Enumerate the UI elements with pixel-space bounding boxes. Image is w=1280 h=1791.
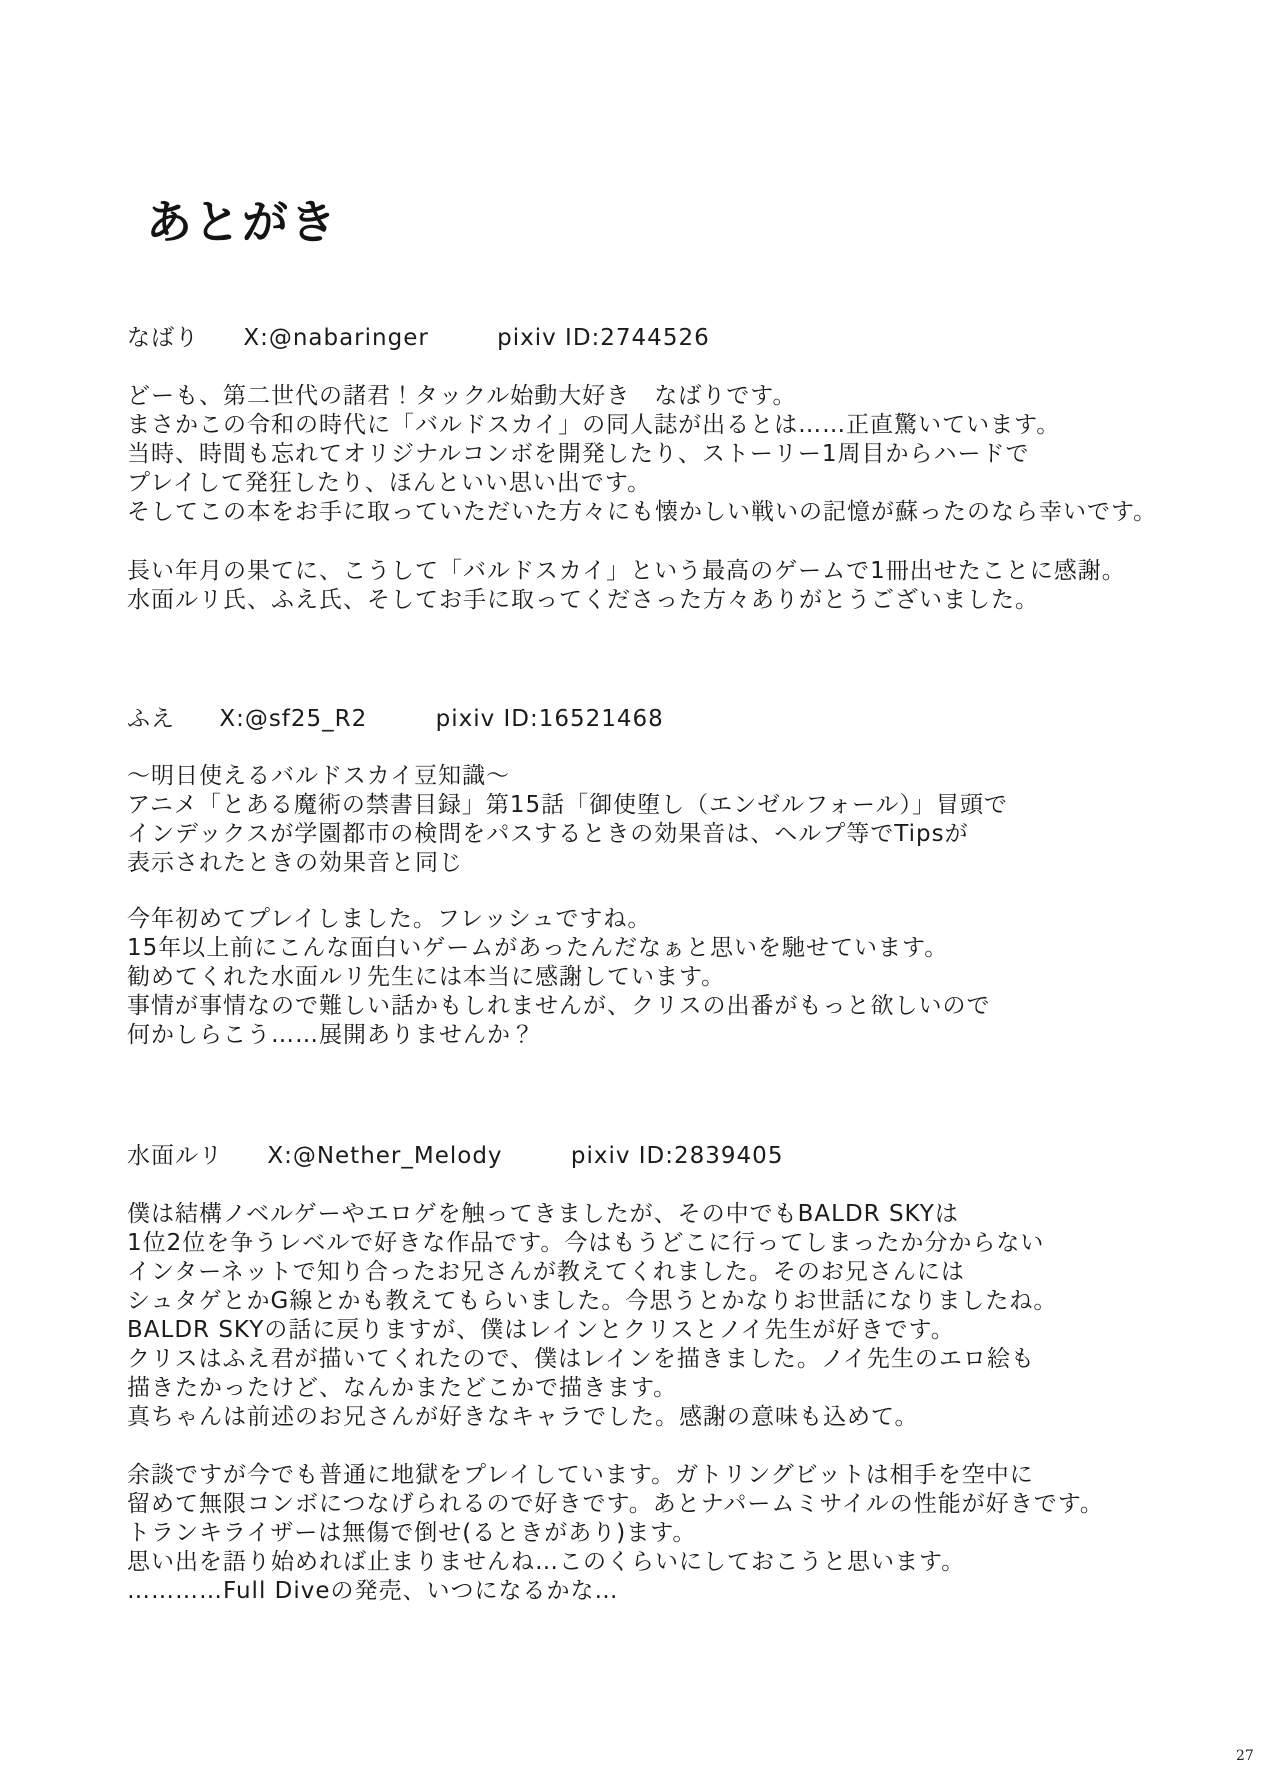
- text-line: そしてこの本をお手に取っていただいた方々にも懐かしい戦いの記憶が蘇ったのなら幸い…: [127, 498, 1157, 527]
- x-handle: X:@sf25_R2: [219, 706, 367, 732]
- pixiv-id: pixiv ID:2839405: [571, 1143, 784, 1169]
- text-line: 15年以上前にこんな面白いゲームがあったんだなぁと思いを馳せています。: [127, 934, 991, 963]
- text-line: どーも、第二世代の諸君！タックル始動大好き なばりです。: [127, 382, 1157, 411]
- author-credit-minamo-ruri: 水面ルリ X:@Nether_Melody pixiv ID:2839405: [127, 1142, 783, 1171]
- author-name: なばり: [127, 325, 199, 351]
- text-line: 勧めてくれた水面ルリ先生には本当に感謝しています。: [127, 963, 991, 992]
- text-line: 事情が事情なので難しい話かもしれませんが、クリスの出番がもっと欲しいので: [127, 992, 991, 1021]
- paragraph-minamo-2: 余談ですが今でも普通に地獄をプレイしています。ガトリングビットは相手を空中に留め…: [127, 1461, 1104, 1606]
- text-line: 水面ルリ氏、ふえ氏、そしてお手に取ってくださった方々ありがとうございました。: [127, 586, 1126, 615]
- text-line: …………Full Diveの発売、いつになるかな…: [127, 1577, 1104, 1606]
- text-line: 当時、時間も忘れてオリジナルコンボを開発したり、ストーリー1周目からハードで: [127, 440, 1157, 469]
- text-line: 1位2位を争うレベルで好きな作品です。今はもうどこに行ってしまったか分からない: [127, 1229, 1057, 1258]
- afterword-page: あとがき なばり X:@nabaringer pixiv ID:2744526 …: [0, 0, 1280, 1791]
- text-line: 僕は結構ノベルゲーやエロゲを触ってきましたが、その中でもBALDR SKYは: [127, 1200, 1057, 1229]
- author-name: ふえ: [127, 706, 175, 732]
- paragraph-nabari-2: 長い年月の果てに、こうして「バルドスカイ」という最高のゲームで1冊出せたことに感…: [127, 557, 1126, 615]
- author-credit-nabari: なばり X:@nabaringer pixiv ID:2744526: [127, 324, 710, 353]
- author-credit-fue: ふえ X:@sf25_R2 pixiv ID:16521468: [127, 705, 664, 734]
- text-line: トランキライザーは無傷で倒せ(るときがあり)ます。: [127, 1519, 1104, 1548]
- page-number: 27: [1236, 1748, 1254, 1764]
- x-handle: X:@Nether_Melody: [267, 1143, 502, 1169]
- text-line: 留めて無限コンボにつなげられるので好きです。あとナパームミサイルの性能が好きです…: [127, 1490, 1104, 1519]
- text-line: まさかこの令和の時代に「バルドスカイ」の同人誌が出るとは……正直驚いています。: [127, 411, 1157, 440]
- paragraph-fue-2: 今年初めてプレイしました。フレッシュですね。15年以上前にこんな面白いゲームがあ…: [127, 905, 991, 1050]
- page-title: あとがき: [146, 199, 338, 245]
- author-name: 水面ルリ: [127, 1143, 223, 1169]
- x-handle: X:@nabaringer: [243, 325, 429, 351]
- pixiv-id: pixiv ID:2744526: [497, 325, 710, 351]
- text-line: インデックスが学園都市の検問をパスするときの効果音は、ヘルプ等でTipsが: [127, 820, 1008, 849]
- text-line: 今年初めてプレイしました。フレッシュですね。: [127, 905, 991, 934]
- paragraph-nabari-1: どーも、第二世代の諸君！タックル始動大好き なばりです。まさかこの令和の時代に「…: [127, 382, 1157, 527]
- text-line: ～明日使えるバルドスカイ豆知識～: [127, 762, 1008, 791]
- text-line: インターネットで知り合ったお兄さんが教えてくれました。そのお兄さんには: [127, 1258, 1057, 1287]
- text-line: シュタゲとかG線とかも教えてもらいました。今思うとかなりお世話になりましたね。: [127, 1287, 1057, 1316]
- text-line: クリスはふえ君が描いてくれたので、僕はレインを描きました。ノイ先生のエロ絵も: [127, 1345, 1057, 1374]
- text-line: 描きたかったけど、なんかまたどこかで描きます。: [127, 1374, 1057, 1403]
- paragraph-fue-1: ～明日使えるバルドスカイ豆知識～アニメ「とある魔術の禁書目録」第15話「御使堕し…: [127, 762, 1008, 878]
- text-line: プレイして発狂したり、ほんといい思い出です。: [127, 469, 1157, 498]
- text-line: 真ちゃんは前述のお兄さんが好きなキャラでした。感謝の意味も込めて。: [127, 1403, 1057, 1432]
- pixiv-id: pixiv ID:16521468: [436, 706, 664, 732]
- text-line: 何かしらこう……展開ありませんか？: [127, 1021, 991, 1050]
- text-line: 長い年月の果てに、こうして「バルドスカイ」という最高のゲームで1冊出せたことに感…: [127, 557, 1126, 586]
- text-line: 表示されたときの効果音と同じ: [127, 849, 1008, 878]
- text-line: 余談ですが今でも普通に地獄をプレイしています。ガトリングビットは相手を空中に: [127, 1461, 1104, 1490]
- text-line: 思い出を語り始めれば止まりませんね…このくらいにしておこうと思います。: [127, 1548, 1104, 1577]
- paragraph-minamo-1: 僕は結構ノベルゲーやエロゲを触ってきましたが、その中でもBALDR SKYは1位…: [127, 1200, 1057, 1432]
- text-line: BALDR SKYの話に戻りますが、僕はレインとクリスとノイ先生が好きです。: [127, 1316, 1057, 1345]
- text-line: アニメ「とある魔術の禁書目録」第15話「御使堕し（エンゼルフォール）」冒頭で: [127, 791, 1008, 820]
